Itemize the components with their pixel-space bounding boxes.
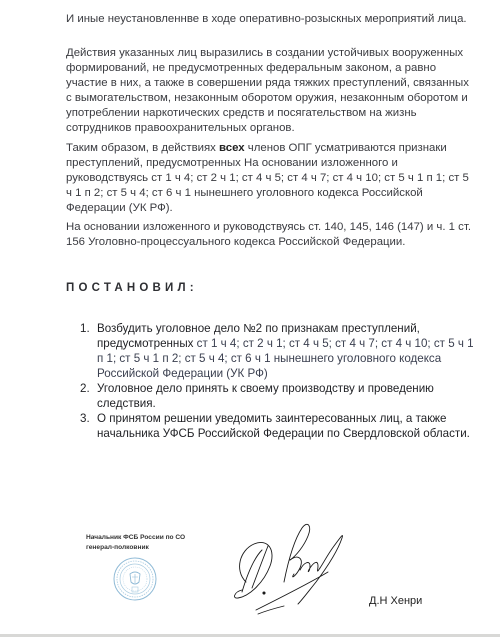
paragraph-conclusion: Таким образом, в действиях всех членов О… — [66, 141, 476, 216]
signer-name: Д.Н Хенри — [369, 595, 422, 607]
conclusion-text-start: Таким образом, в действиях — [66, 142, 219, 154]
signer-position-line1: Начальник ФСБ России по СО — [86, 533, 185, 543]
document-page: И иные неустановленнве в ходе оперативно… — [0, 0, 500, 634]
resolution-text: О принятом решении уведомить заинтересов… — [97, 412, 470, 440]
resolution-item: 3. О принятом решении уведомить заинтере… — [78, 411, 478, 441]
resolution-number: 2. — [80, 381, 90, 396]
paragraph-legal-basis: На основании изложенного и руководствуяс… — [66, 220, 476, 250]
signer-position-line2: генерал-полковник — [86, 543, 185, 553]
resolution-heading: ПОСТАНОВИЛ: — [66, 282, 198, 294]
resolution-item: 1. Возбудить уголовное дело №2 по призна… — [78, 321, 478, 381]
resolution-list: 1. Возбудить уголовное дело №2 по призна… — [78, 321, 478, 441]
resolution-item: 2. Уголовное дело принять к своему произ… — [78, 381, 478, 411]
handwritten-signature-icon — [224, 510, 364, 620]
conclusion-bold-word: всех — [219, 142, 245, 154]
resolution-text: Уголовное дело принять к своему производ… — [97, 382, 434, 410]
resolution-number: 3. — [80, 411, 90, 426]
resolution-number: 1. — [80, 321, 90, 336]
signer-position: Начальник ФСБ России по СО генерал-полко… — [86, 533, 185, 553]
official-seal-icon — [112, 556, 158, 602]
paragraph-unidentified-persons: И иные неустановленнве в ходе оперативно… — [66, 12, 476, 27]
paragraph-actions-description: Действия указанных лиц выразились в созд… — [66, 46, 476, 136]
